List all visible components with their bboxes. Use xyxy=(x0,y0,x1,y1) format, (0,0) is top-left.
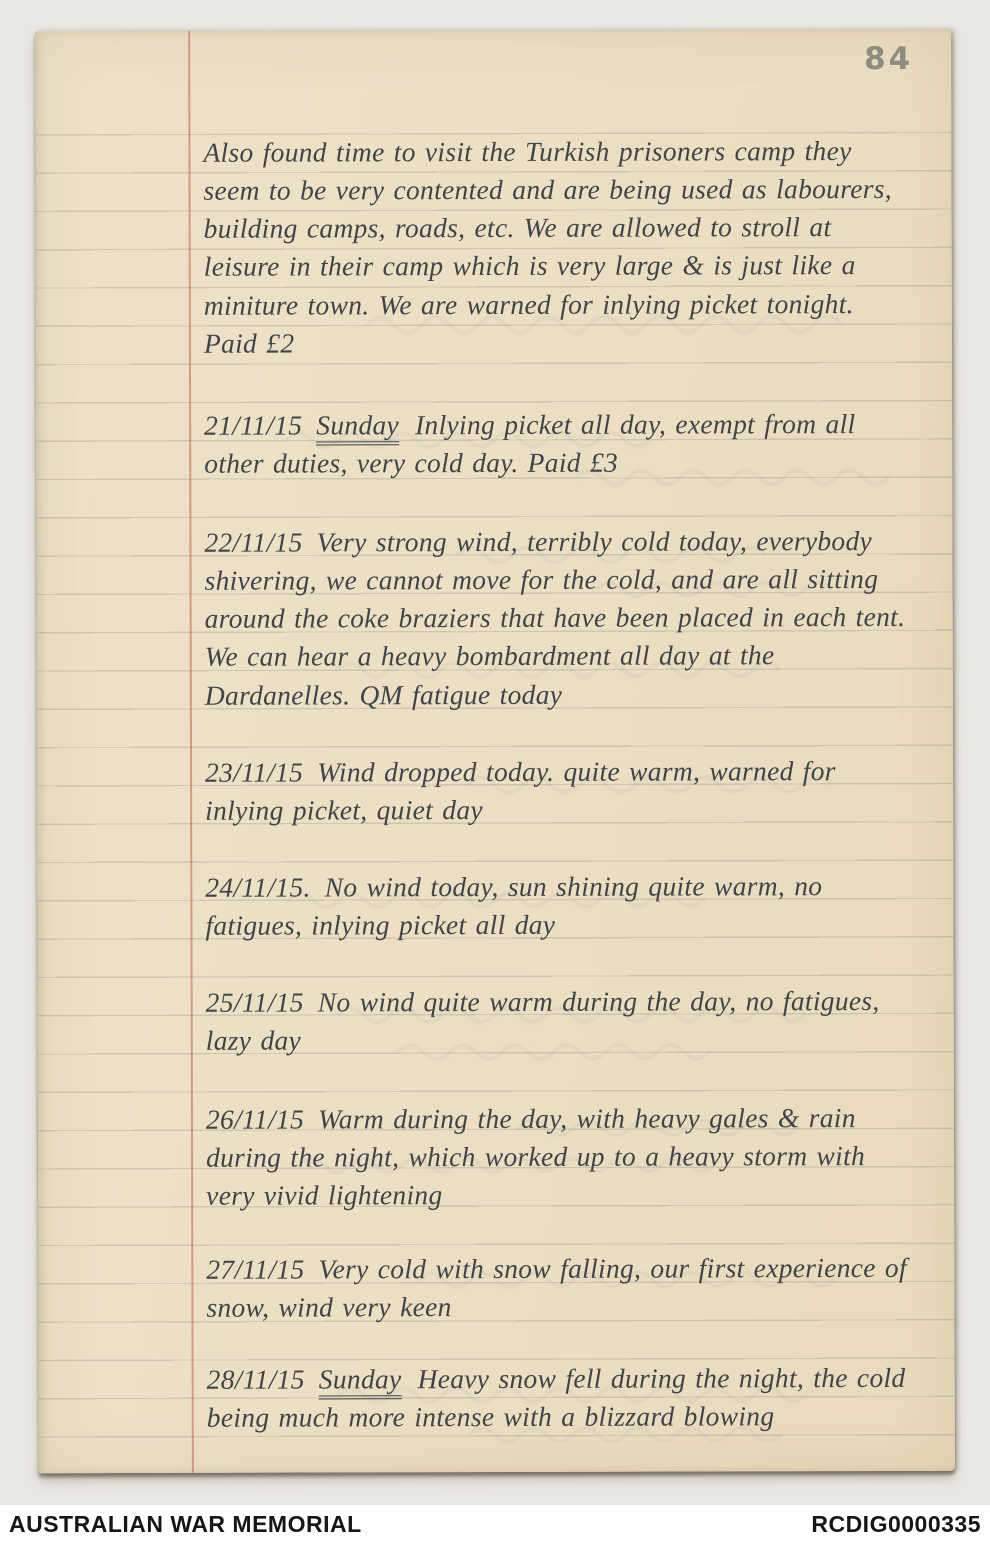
entry-date: 24/11/15. xyxy=(205,871,310,902)
entry-text: Warm during the day, with heavy gales & … xyxy=(206,1102,865,1211)
diary-entry: 24/11/15.No wind today, sun shining quit… xyxy=(205,866,911,944)
diary-entry: 21/11/15SundayInlying picket all day, ex… xyxy=(204,404,910,482)
diary-entry: 23/11/15Wind dropped today. quite warm, … xyxy=(205,751,911,829)
page-number-stamp: 84 xyxy=(864,41,913,77)
entry-text: No wind quite warm during the day, no fa… xyxy=(206,984,880,1055)
diary-entry: 28/11/15SundayHeavy snow fell during the… xyxy=(207,1358,913,1436)
diary-entry: 27/11/15Very cold with snow falling, our… xyxy=(206,1248,912,1326)
entry-date: 25/11/15 xyxy=(206,986,304,1017)
entry-date: 21/11/15 xyxy=(204,409,302,440)
scanned-diary-viewer: 84 Also found time to visit the Turkish … xyxy=(0,0,990,1543)
entry-date: 28/11/15 xyxy=(207,1363,305,1394)
entry-text: Very cold with snow falling, our first e… xyxy=(206,1251,907,1322)
diary-entry: Also found time to visit the Turkish pri… xyxy=(203,131,910,363)
entry-day-underlined: Sunday xyxy=(316,409,399,445)
diary-entry: 22/11/15Very strong wind, terribly cold … xyxy=(204,521,910,714)
record-id: RCDIG0000335 xyxy=(811,1511,981,1538)
entry-day-underlined: Sunday xyxy=(319,1363,402,1399)
diary-page: 84 Also found time to visit the Turkish … xyxy=(35,29,955,1473)
entry-date: 26/11/15 xyxy=(206,1103,304,1134)
entry-date: 23/11/15 xyxy=(205,756,303,787)
entry-text: Very strong wind, terribly cold today, e… xyxy=(205,525,906,711)
red-margin-line xyxy=(188,31,194,1473)
entry-date: 22/11/15 xyxy=(204,526,302,557)
entry-text: Heavy snow fell during the night, the co… xyxy=(207,1361,906,1432)
diary-entry: 25/11/15No wind quite warm during the da… xyxy=(206,981,912,1059)
entry-text: Also found time to visit the Turkish pri… xyxy=(203,135,892,359)
diary-entry: 26/11/15Warm during the day, with heavy … xyxy=(206,1098,912,1215)
entry-date: 27/11/15 xyxy=(206,1253,304,1284)
viewer-footer-bar: AUSTRALIAN WAR MEMORIAL RCDIG0000335 xyxy=(0,1505,990,1543)
awm-label: AUSTRALIAN WAR MEMORIAL xyxy=(9,1511,362,1538)
